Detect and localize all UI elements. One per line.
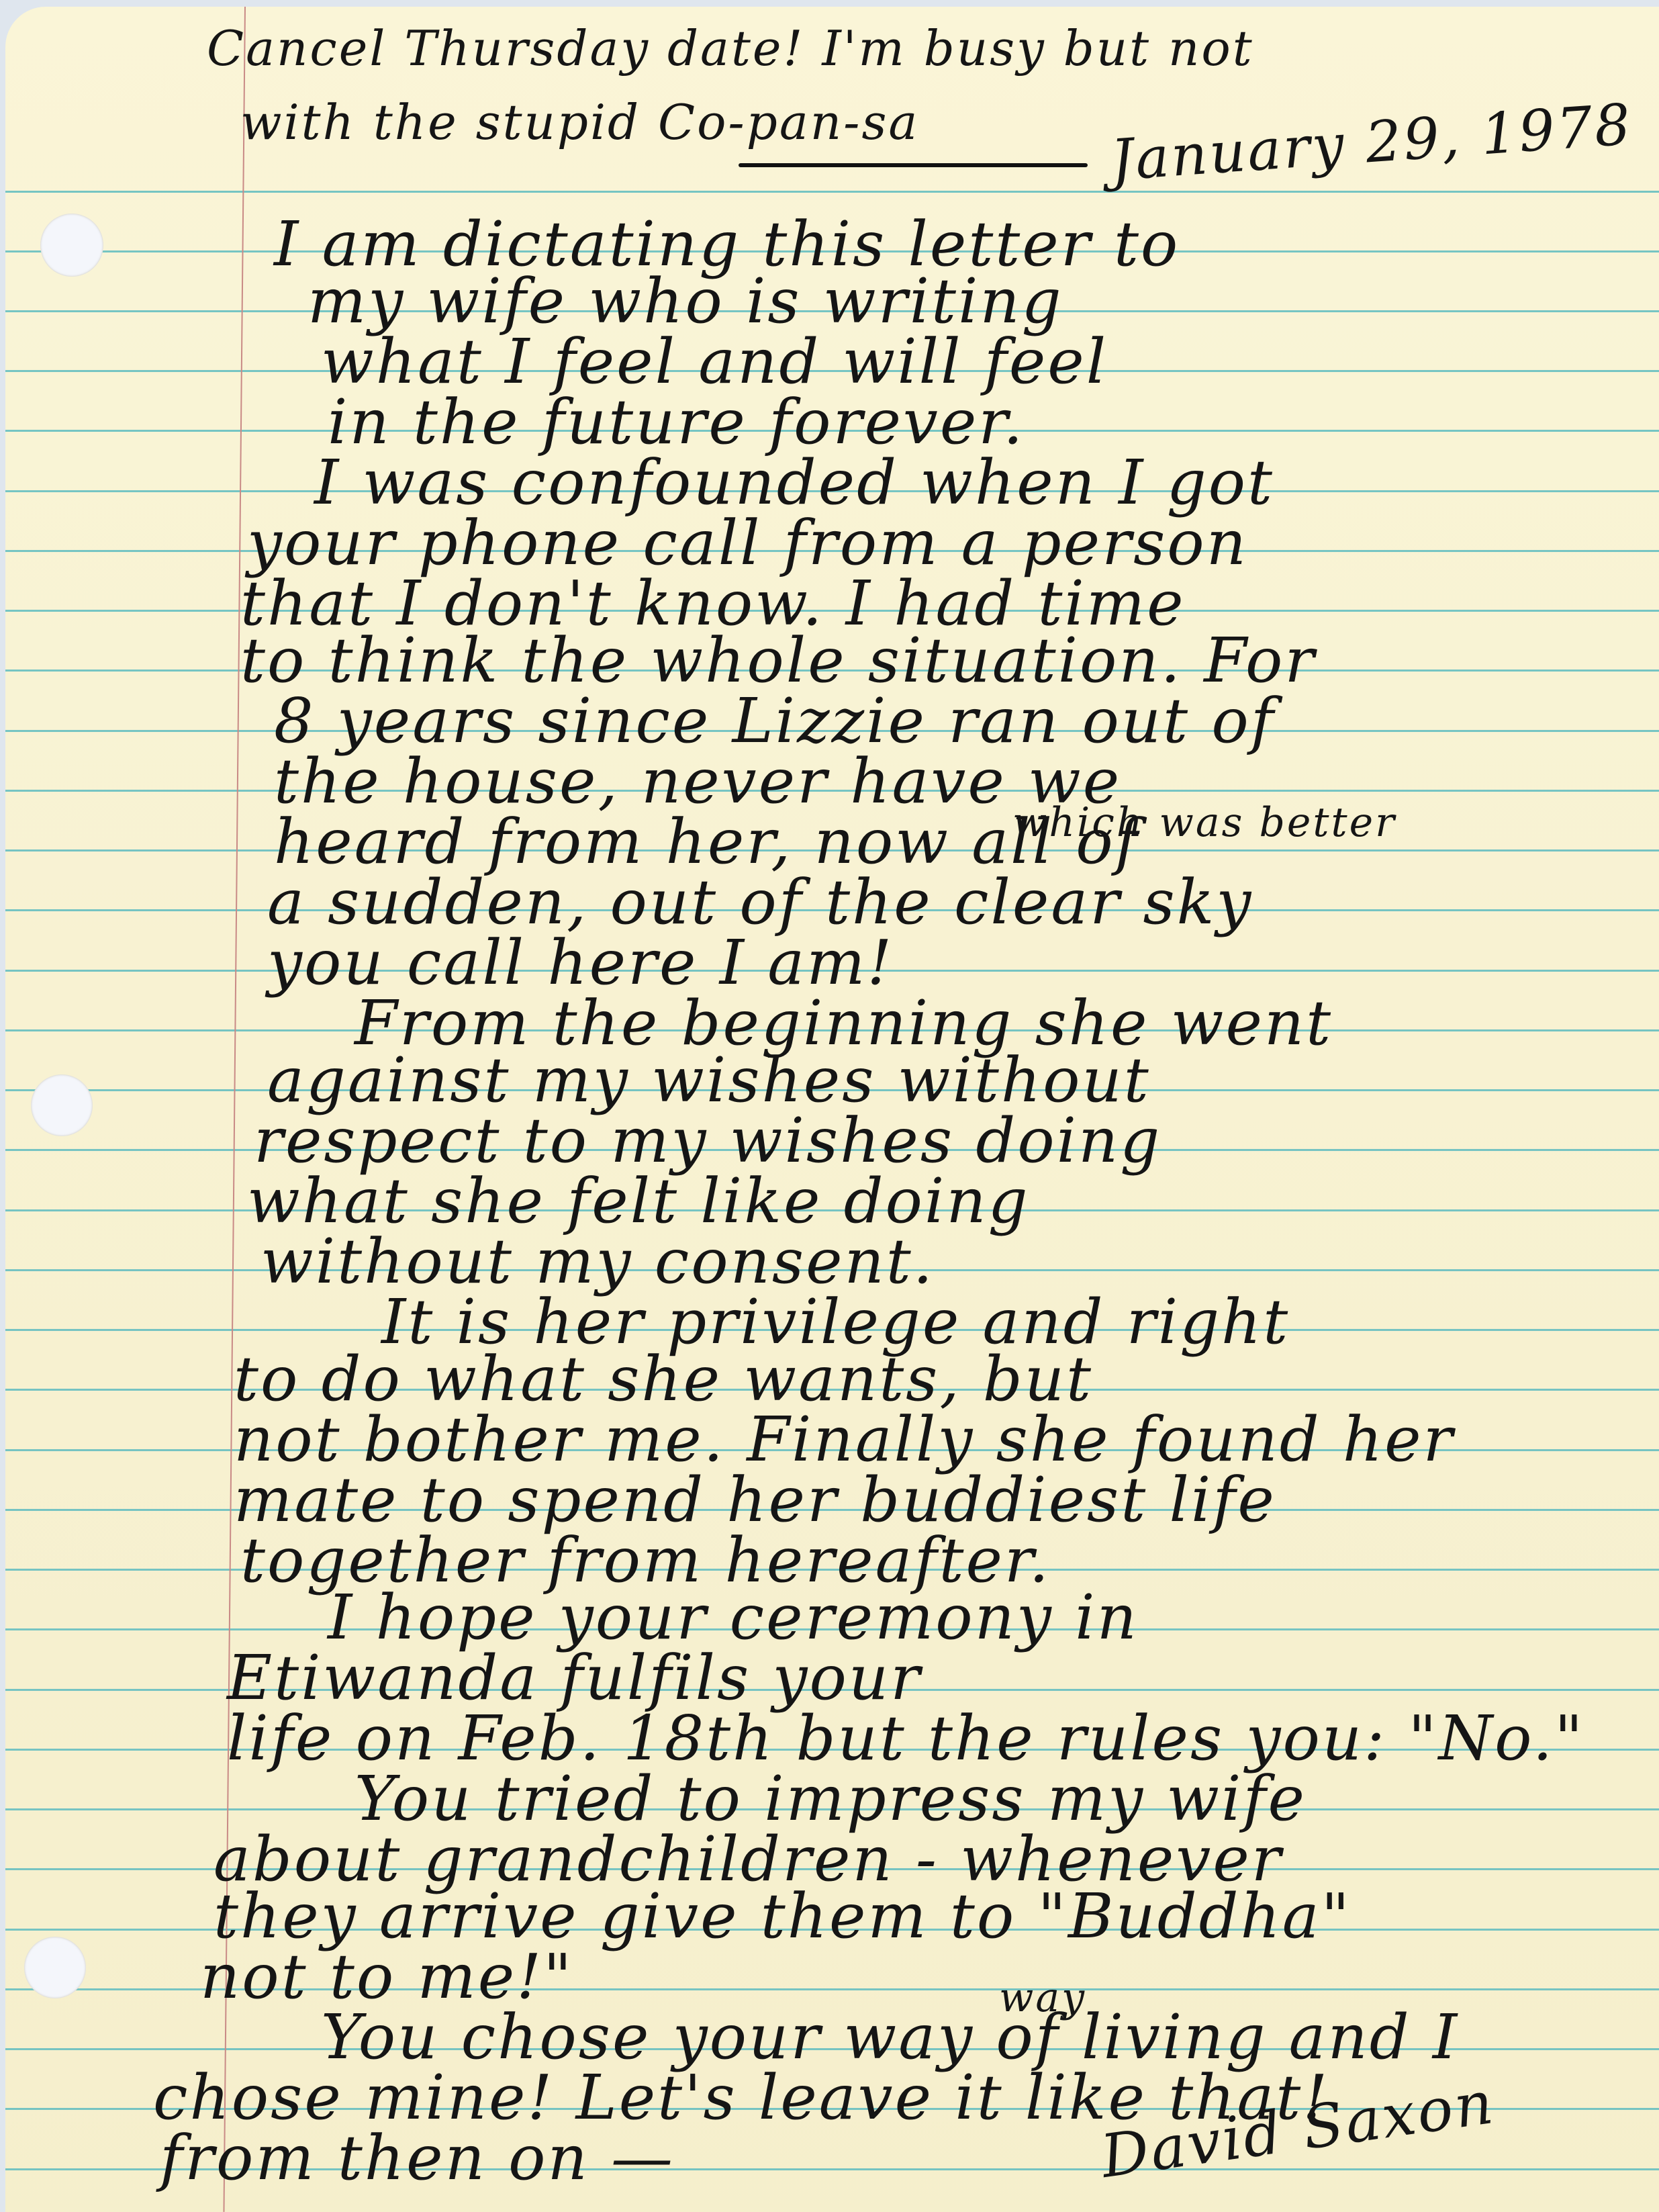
notebook-paper: Cancel Thursday date! I'm busy but not w…: [5, 7, 1659, 2212]
underline-stroke: [739, 163, 1088, 167]
body-line: from then on —: [160, 2122, 675, 2194]
binder-hole: [31, 1074, 93, 1136]
header-note-line-1: Cancel Thursday date! I'm busy but not: [207, 20, 1254, 77]
binder-hole: [24, 1937, 86, 1998]
binder-hole: [40, 214, 103, 277]
letter-date: January 29, 1978: [1108, 91, 1634, 193]
ruled-line: [5, 191, 1659, 193]
header-note-line-2: with the stupid Co-pan-sa: [240, 94, 919, 150]
